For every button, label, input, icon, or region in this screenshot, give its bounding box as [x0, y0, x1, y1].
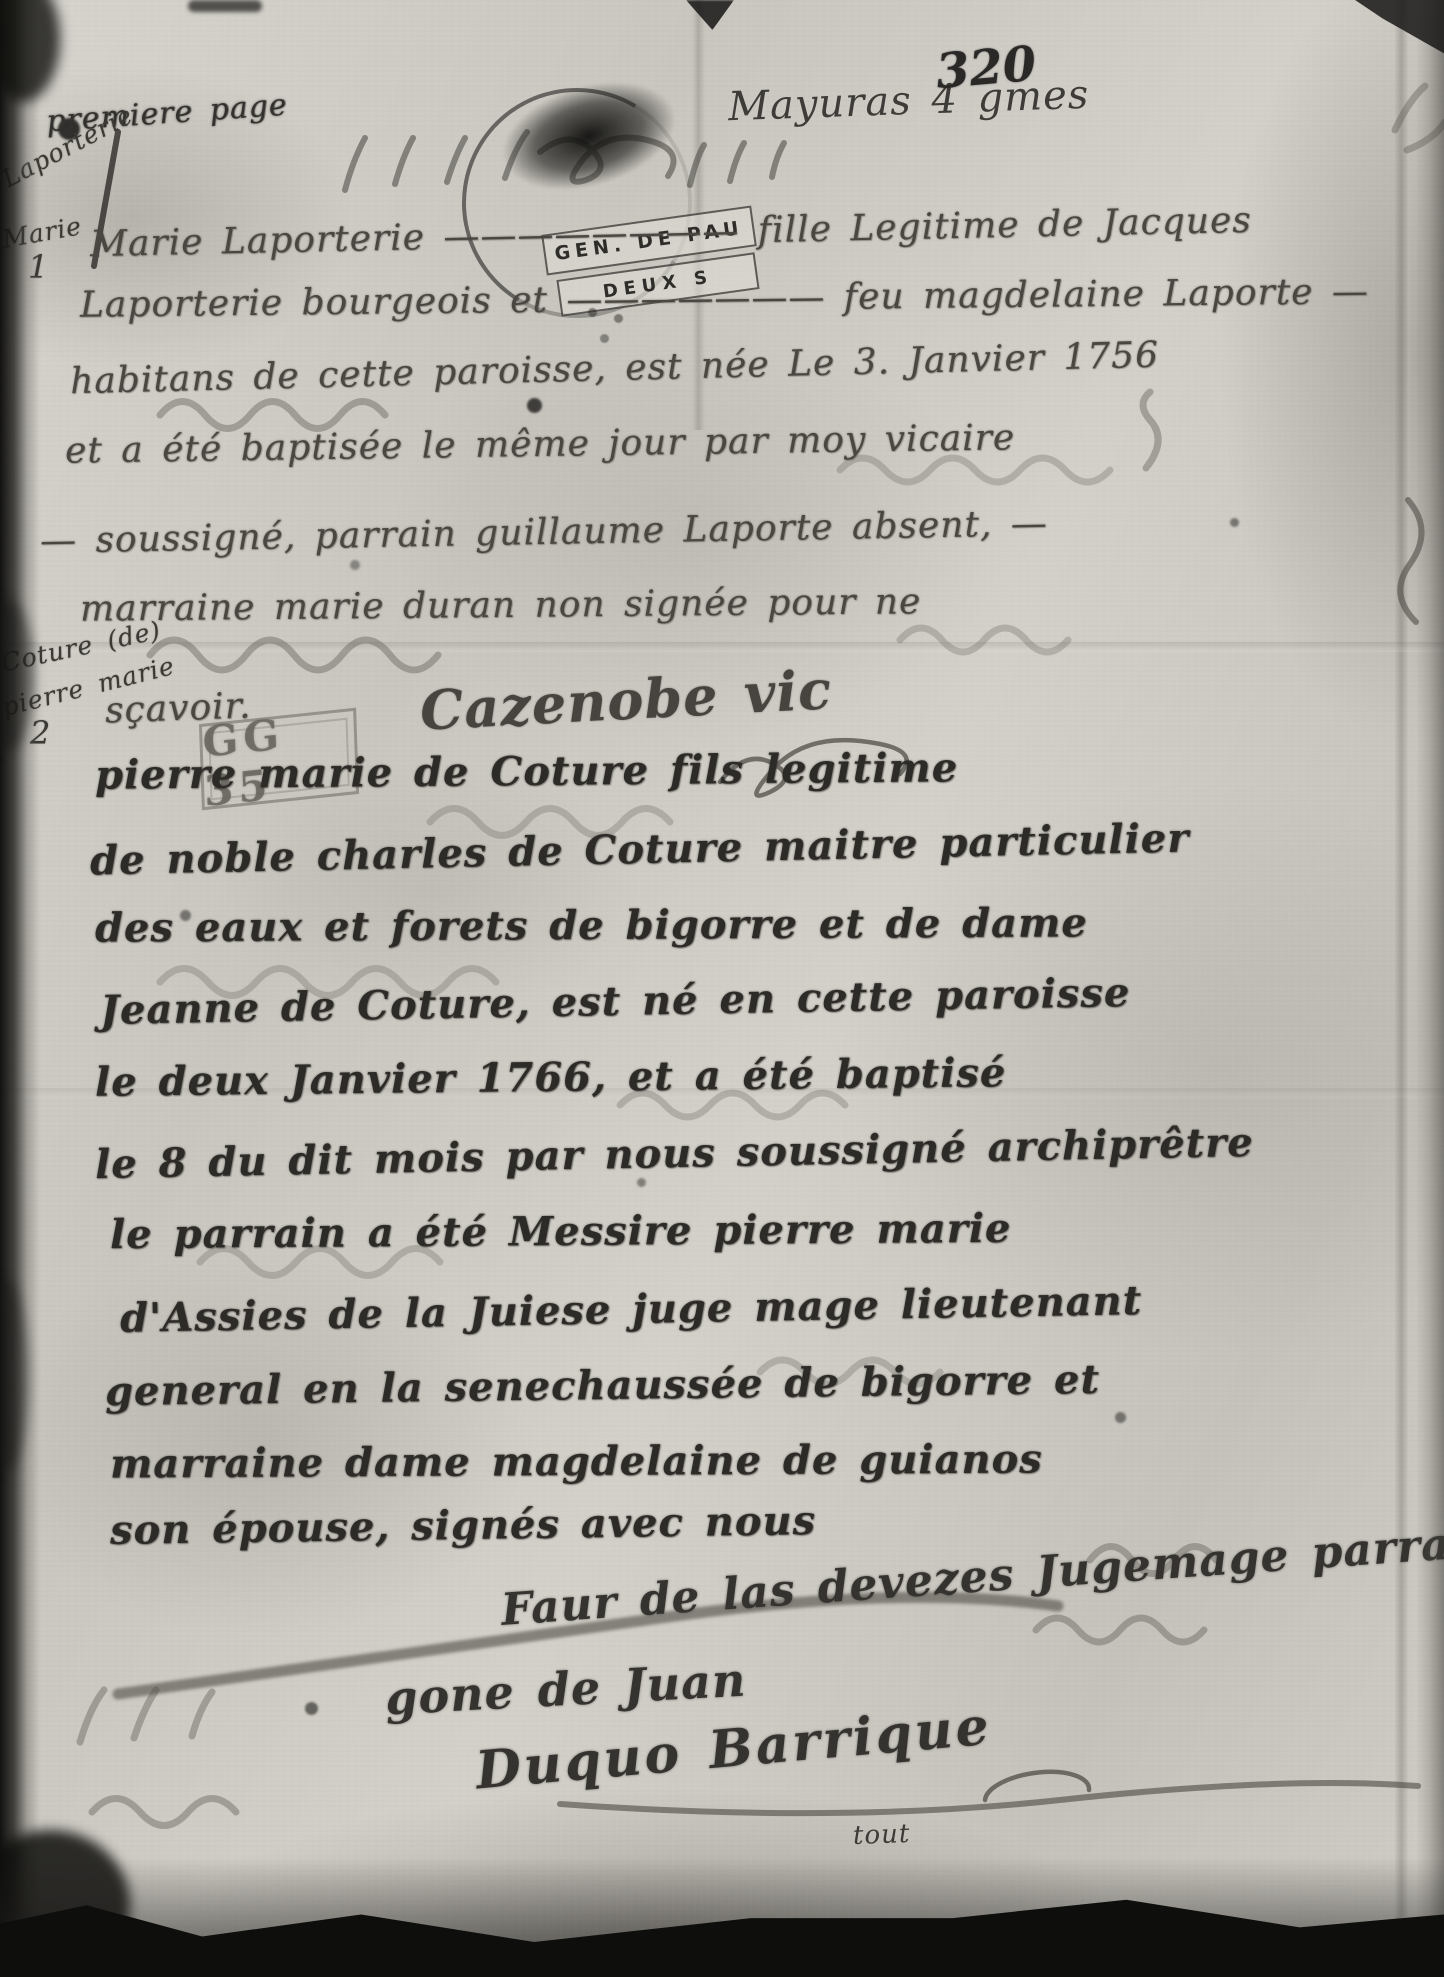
record2-line-4: le deux Janvier 1766, et a été baptisé [95, 1049, 1007, 1106]
ink-spot [305, 1702, 318, 1715]
ink-spot [527, 398, 542, 413]
footer-note: tout [852, 1819, 910, 1851]
edge-mark-top [188, 0, 262, 12]
right-edge-crease [1394, 0, 1416, 1977]
binding-edge-shadow [0, 0, 40, 1977]
page-number: 320 [934, 36, 1039, 101]
manuscript-page: premiere page Mayuras 4 gmes 320 GEN. DE… [0, 0, 1444, 1977]
ink-spot [1230, 518, 1239, 527]
record2-line-6: le parrain a été Messire pierre marie [110, 1205, 1012, 1258]
ink-spot [1115, 1412, 1126, 1423]
right-edge-shadow [1416, 0, 1444, 1977]
record2-line-9: marraine dame magdelaine de guianos [110, 1436, 1043, 1488]
ink-spot [350, 560, 360, 570]
record2-line-0: pierre marie de Coture fils legitime [95, 744, 959, 799]
record2-line-10: son épouse, signés avec nous [110, 1497, 817, 1554]
record1-line-5: marraine marie duran non signée pour ne [80, 581, 922, 629]
record2-line-2: des eaux et forets de bigorre et de dame [95, 899, 1088, 951]
horizontal-crease [0, 642, 1444, 652]
ink-spot [637, 1178, 646, 1187]
